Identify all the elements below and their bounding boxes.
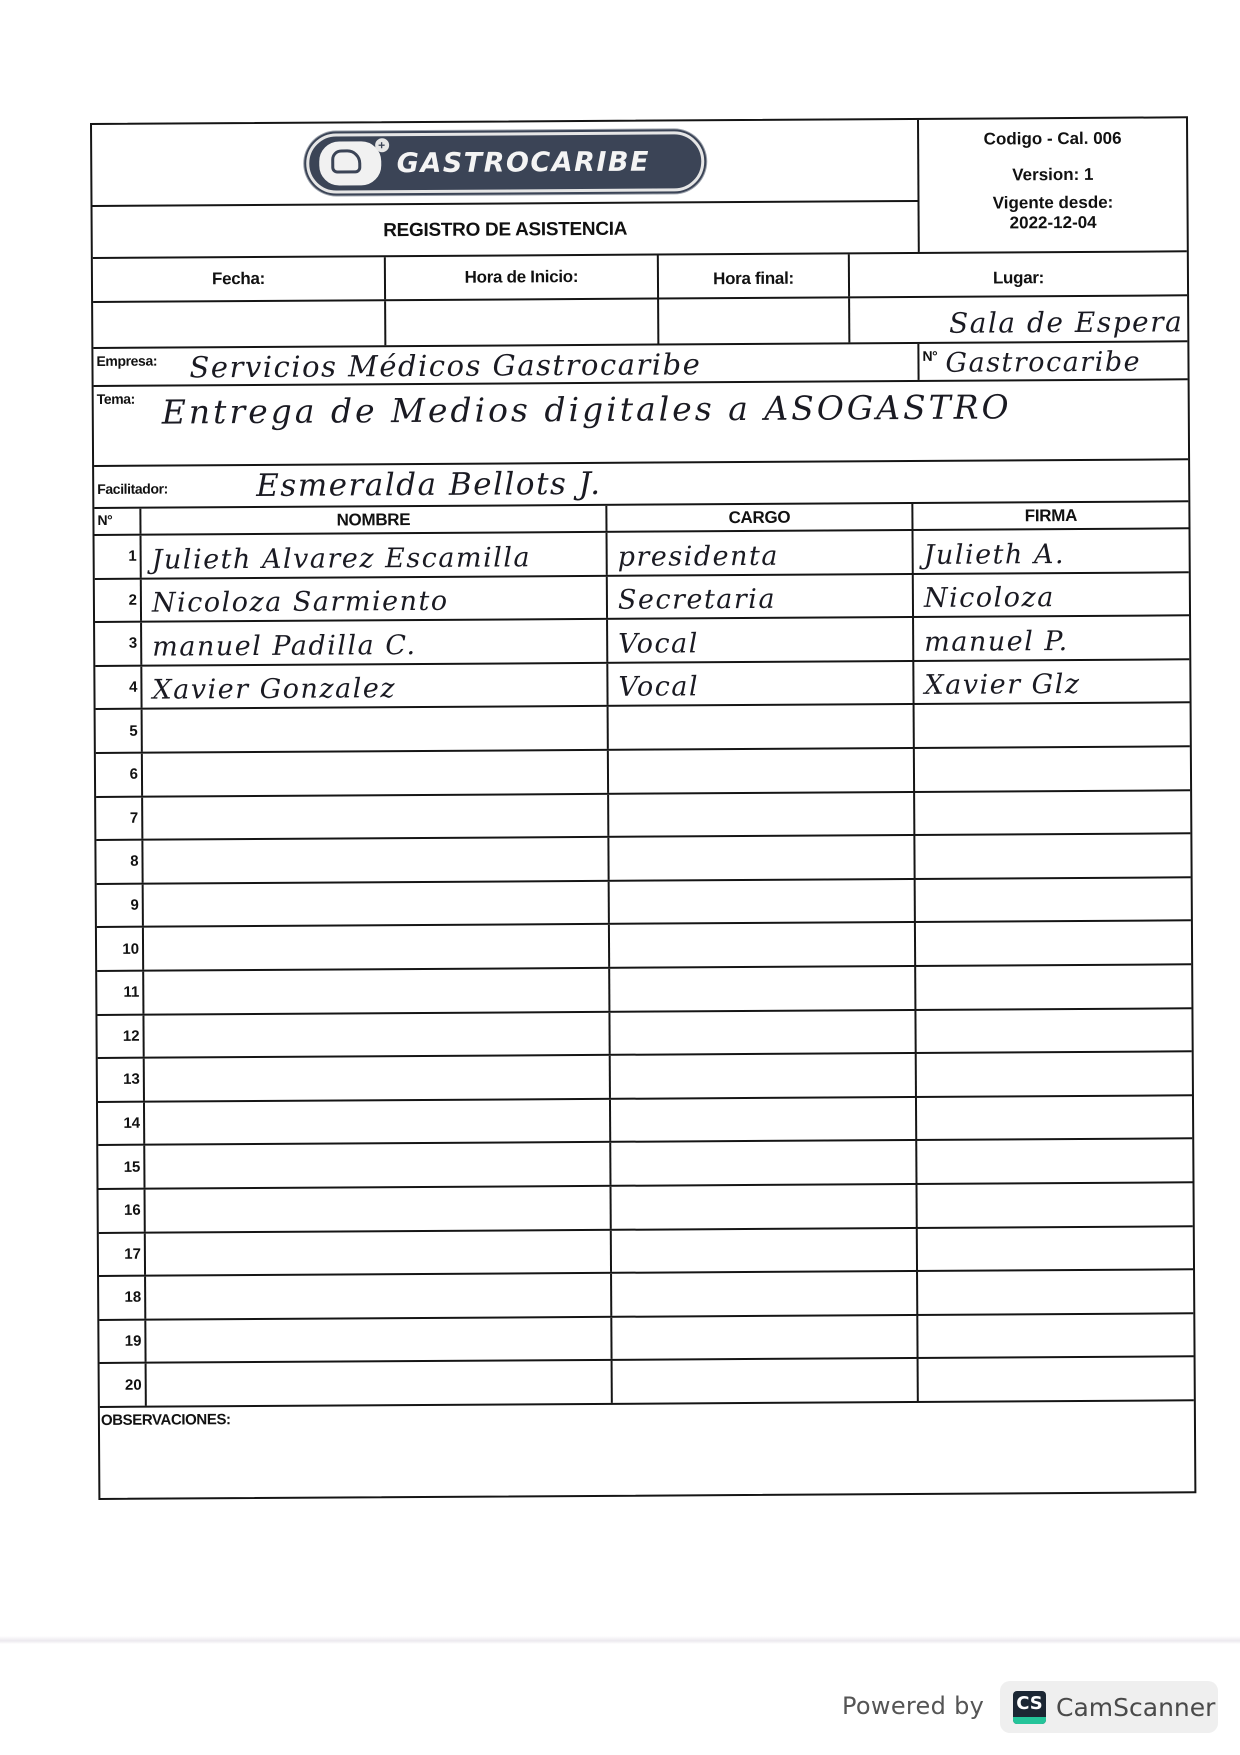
firma-cell[interactable]: manuel P. [914, 616, 1189, 659]
cargo-cell[interactable]: Vocal [608, 618, 914, 661]
cargo-cell[interactable] [611, 1098, 917, 1141]
table-row: 6 [96, 747, 1190, 797]
row-number: 19 [99, 1320, 146, 1362]
cargo-cell[interactable] [612, 1228, 918, 1271]
table-row: 19 [99, 1314, 1193, 1364]
hora-final-field[interactable] [659, 298, 850, 343]
col-header-firma: FIRMA [1025, 505, 1077, 525]
nombre-cell[interactable] [146, 1274, 612, 1318]
firma-cell[interactable] [916, 878, 1191, 921]
row-number: 12 [97, 1015, 144, 1057]
nombre-cell[interactable] [143, 707, 609, 751]
nombre-cell[interactable] [146, 1187, 612, 1231]
nombre-cell[interactable] [143, 794, 609, 838]
nombre-cell[interactable] [146, 1230, 612, 1274]
firma-cell[interactable] [918, 1183, 1193, 1226]
table-row: 2Nicoloza SarmientoSecretariaNicoloza [95, 573, 1189, 623]
nombre-cell[interactable] [144, 1012, 610, 1056]
row-number: 17 [99, 1233, 146, 1275]
firma-cell[interactable]: Nicoloza [914, 573, 1189, 616]
firma-cell[interactable] [917, 1052, 1192, 1095]
firma-cell[interactable]: Julieth A. [914, 529, 1189, 572]
fecha-field[interactable] [93, 301, 386, 347]
nombre-cell[interactable]: manuel Padilla C. [142, 620, 608, 664]
attendance-table-body: 1Julieth Alvarez EscamillapresidentaJuli… [95, 529, 1194, 1408]
nombre-cell[interactable]: Julieth Alvarez Escamilla [142, 533, 608, 577]
empresa-value: Servicios Médicos Gastrocaribe [189, 347, 701, 384]
facilitador-value: Esmeralda Bellots J. [256, 466, 602, 504]
facilitador-label: Facilitador: [97, 481, 168, 497]
cargo-cell[interactable] [609, 793, 915, 836]
firma-cell[interactable] [915, 747, 1190, 790]
cargo-cell[interactable]: Secretaria [608, 575, 914, 618]
tema-value: Entrega de Medios digitales a ASOGASTRO [162, 387, 1012, 431]
firma-cell[interactable] [916, 965, 1191, 1008]
fecha-label: Fecha: [212, 269, 265, 289]
col-header-cargo: CARGO [728, 507, 790, 527]
cargo-cell[interactable]: Vocal [608, 662, 914, 705]
firma-cell[interactable] [918, 1314, 1193, 1357]
document-control-box: Codigo - Cal. 006 Version: 1 Vigente des… [919, 118, 1187, 252]
table-row: 3manuel Padilla C.Vocalmanuel P. [95, 616, 1189, 666]
table-row: 4Xavier GonzalezVocalXavier Glz [95, 660, 1189, 710]
document-version: Version: 1 [1012, 165, 1093, 185]
gastrocaribe-logo: + GASTROCARIBE [306, 131, 704, 193]
col-header-nombre: NOMBRE [336, 510, 410, 530]
row-number: 6 [96, 754, 143, 796]
table-row: 13 [98, 1052, 1192, 1102]
table-row: 15 [98, 1140, 1192, 1190]
cargo-cell[interactable] [613, 1359, 919, 1402]
row-number: 16 [99, 1190, 146, 1232]
table-row: 14 [98, 1096, 1192, 1146]
cargo-cell[interactable]: presidenta [608, 531, 914, 574]
table-row: 17 [99, 1227, 1193, 1277]
cargo-cell[interactable] [612, 1185, 918, 1228]
table-row: 5 [96, 704, 1190, 754]
nombre-cell[interactable] [145, 1143, 611, 1187]
attendance-form: + GASTROCARIBE REGISTRO DE ASISTENCIA Co… [90, 116, 1196, 1500]
camscanner-logo-icon: CS [1013, 1691, 1046, 1724]
row-number: 4 [95, 666, 142, 708]
camscanner-badge: CS CamScanner [1000, 1681, 1218, 1733]
firma-cell[interactable] [917, 1096, 1192, 1139]
row-number: 13 [98, 1059, 145, 1101]
meeting-info-values: Sala de Espera [93, 296, 1187, 349]
lugar-value: Sala de Espera [949, 305, 1183, 339]
cargo-cell[interactable] [609, 836, 915, 879]
col-header-no: N° [97, 512, 112, 528]
nombre-cell[interactable] [146, 1318, 612, 1362]
firma-cell[interactable] [915, 834, 1190, 877]
table-row: 10 [97, 922, 1191, 972]
hora-final-label: Hora final: [713, 269, 794, 289]
cargo-cell[interactable] [611, 1054, 917, 1097]
form-title: REGISTRO DE ASISTENCIA [383, 219, 627, 242]
row-number: 15 [98, 1146, 145, 1188]
table-row: 18 [99, 1270, 1193, 1320]
cargo-cell[interactable] [610, 967, 916, 1010]
firma-cell[interactable]: Xavier Glz [914, 660, 1189, 703]
nombre-cell[interactable] [143, 838, 609, 882]
observaciones-label: OBSERVACIONES: [101, 1411, 231, 1429]
nombre-cell[interactable] [143, 751, 609, 795]
empresa-label: Empresa: [96, 353, 157, 369]
empresa-row: Empresa: Servicios Médicos Gastrocaribe … [93, 342, 1187, 387]
form-header: + GASTROCARIBE REGISTRO DE ASISTENCIA Co… [92, 118, 1187, 259]
paper-bottom-edge [0, 1636, 1240, 1644]
cargo-cell[interactable] [610, 923, 916, 966]
table-row: 8 [96, 834, 1190, 884]
cargo-cell[interactable] [609, 705, 915, 748]
hora-inicio-field[interactable] [386, 300, 659, 346]
stomach-emblem-icon [317, 139, 383, 187]
tema-field[interactable]: Tema: Entrega de Medios digitales a ASOG… [94, 380, 1188, 465]
facilitador-row: Facilitador: Esmeralda Bellots J. [94, 460, 1188, 509]
cargo-cell[interactable] [611, 1141, 917, 1184]
row-number: 18 [99, 1277, 146, 1319]
nombre-cell[interactable] [145, 1056, 611, 1100]
meeting-info-labels: Fecha: Hora de Inicio: Hora final: Lugar… [93, 252, 1187, 303]
nombre-cell[interactable] [144, 969, 610, 1013]
logo-text: GASTROCARIBE [397, 146, 650, 179]
empresa-field[interactable]: Empresa: Servicios Médicos Gastrocaribe [93, 344, 919, 385]
nombre-cell[interactable] [144, 882, 610, 926]
nit-label: N° [922, 348, 937, 364]
nombre-cell[interactable]: Nicoloza Sarmiento [142, 576, 608, 620]
tema-label: Tema: [97, 391, 135, 407]
facilitador-field[interactable]: Facilitador: Esmeralda Bellots J. [94, 460, 1188, 507]
observaciones-field[interactable]: OBSERVACIONES: [100, 1401, 1195, 1498]
table-row: 11 [97, 965, 1191, 1015]
firma-cell[interactable] [918, 1270, 1193, 1313]
hora-inicio-label: Hora de Inicio: [465, 267, 579, 288]
document-code: Codigo - Cal. 006 [984, 129, 1122, 150]
table-row: 1Julieth Alvarez EscamillapresidentaJuli… [95, 529, 1189, 579]
firma-cell[interactable] [915, 704, 1190, 747]
firma-cell[interactable] [916, 1009, 1191, 1052]
firma-cell[interactable] [918, 1227, 1193, 1270]
row-number: 2 [95, 579, 142, 621]
valid-since-date: 2022-12-04 [1010, 213, 1097, 234]
nit-field[interactable]: N° Gastrocaribe [919, 342, 1187, 380]
nombre-cell[interactable] [147, 1361, 613, 1405]
row-number: 20 [100, 1364, 147, 1406]
cargo-cell[interactable] [612, 1272, 918, 1315]
lugar-field[interactable]: Sala de Espera [850, 296, 1187, 342]
cargo-cell[interactable] [610, 880, 916, 923]
nombre-cell[interactable] [144, 925, 610, 969]
row-number: 5 [96, 710, 143, 752]
tema-row: Tema: Entrega de Medios digitales a ASOG… [94, 380, 1188, 467]
table-row: 16 [99, 1183, 1193, 1233]
row-number: 14 [98, 1102, 145, 1144]
cargo-cell[interactable] [609, 749, 915, 792]
firma-cell[interactable] [915, 791, 1190, 834]
camscanner-brand-name: CamScanner [1056, 1693, 1215, 1722]
table-row: 12 [97, 1009, 1191, 1059]
table-row: 20 [100, 1358, 1194, 1408]
plus-icon: + [375, 138, 389, 152]
row-number: 11 [97, 972, 144, 1014]
cargo-cell[interactable] [610, 1010, 916, 1053]
valid-since-label: Vigente desde: [993, 193, 1114, 214]
cargo-cell[interactable] [612, 1316, 918, 1359]
row-number: 8 [96, 841, 143, 883]
row-number: 9 [97, 884, 144, 926]
powered-by-text: Powered by [842, 1692, 984, 1720]
row-number: 7 [96, 797, 143, 839]
nombre-cell[interactable] [145, 1100, 611, 1144]
table-row: 9 [97, 878, 1191, 928]
logo-row: + GASTROCARIBE [92, 120, 917, 207]
nit-value: Gastrocaribe [945, 347, 1141, 379]
firma-cell[interactable] [916, 922, 1191, 965]
nombre-cell[interactable]: Xavier Gonzalez [142, 664, 608, 708]
firma-cell[interactable] [919, 1358, 1194, 1401]
firma-cell[interactable] [917, 1140, 1192, 1183]
table-row: 7 [96, 791, 1190, 841]
lugar-label: Lugar: [993, 268, 1044, 288]
row-number: 1 [95, 536, 142, 578]
row-number: 10 [97, 928, 144, 970]
row-number: 3 [95, 623, 142, 665]
